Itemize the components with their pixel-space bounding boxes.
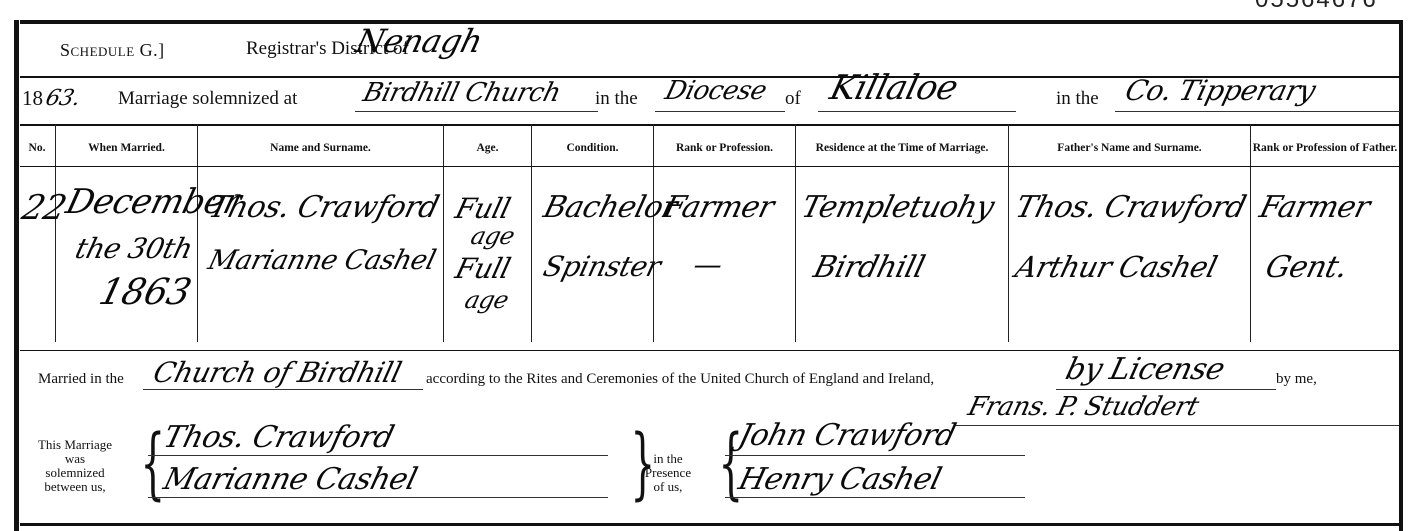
presence-line-1: in the — [630, 452, 706, 466]
diocese-underline — [655, 111, 785, 112]
frame-left-border — [14, 20, 19, 531]
solemnized-line-1: This Marriage — [20, 438, 130, 452]
bride-age-line-2: age — [462, 286, 511, 314]
groom-residence: Templetuohy — [798, 190, 997, 225]
party-groom-underline — [148, 455, 608, 456]
marriage-solemnized-label: Marriage solemnized at — [118, 88, 297, 110]
header-bottom-line — [20, 166, 1402, 167]
col-header-rank: Rank or Profession. — [654, 130, 795, 166]
witness-2-underline — [725, 497, 1025, 498]
presence-line-3: of us, — [630, 480, 706, 494]
bride-rank: — — [690, 248, 726, 281]
officiant-value: Frans. P. Studdert — [965, 392, 1201, 422]
county-value: Co. Tipperary — [1122, 74, 1319, 107]
solemnized-at-value: Birdhill Church — [360, 78, 564, 108]
party-bride-underline — [148, 497, 608, 498]
col-header-residence: Residence at the Time of Marriage. — [796, 130, 1008, 166]
diocese-value: Diocese — [662, 76, 769, 106]
reference-number: 05564676 — [1255, 0, 1378, 14]
witness-1-signature: John Crawford — [735, 418, 959, 453]
col-header-age: Age. — [444, 130, 531, 166]
diocese-name-underline — [818, 111, 1016, 112]
bride-condition: Spinster — [540, 250, 664, 283]
col-header-father-name: Father's Name and Surname. — [1009, 130, 1250, 166]
groom-father-rank: Farmer — [1256, 190, 1373, 225]
bride-residence: Birdhill — [810, 250, 928, 285]
county-underline — [1115, 111, 1400, 112]
church-underline — [143, 389, 423, 390]
witness-2-signature: Henry Cashel — [735, 462, 945, 497]
presence-label: in the Presence of us, — [630, 452, 706, 494]
groom-father-name: Thos. Crawford — [1012, 190, 1249, 225]
frame-top-border — [20, 20, 1402, 24]
entry-bottom-line — [20, 350, 1402, 351]
groom-condition: Bachelor — [540, 190, 681, 225]
license-value: by License — [1062, 352, 1228, 387]
registrars-district-value: Nenagh — [352, 22, 486, 60]
bride-father-rank: Gent. — [1262, 250, 1351, 285]
license-underline — [1056, 389, 1276, 390]
entry-number: 22 — [18, 188, 70, 228]
solemnized-at-underline — [355, 111, 598, 112]
presence-line-2: Presence — [630, 466, 706, 480]
in-the-label-1: in the — [595, 88, 638, 110]
witness-1-underline — [725, 455, 1025, 456]
officiant-underline — [955, 425, 1399, 426]
col-header-name: Name and Surname. — [198, 130, 443, 166]
bride-name: Marianne Cashel — [205, 245, 439, 276]
header-top-line — [20, 124, 1402, 126]
frame-right-border — [1399, 20, 1403, 531]
year-prefix: 18 — [22, 86, 43, 110]
when-married-line-2: the 30th — [72, 232, 196, 265]
solemnized-line-2: was — [20, 452, 130, 466]
frame-bottom-line — [20, 523, 1402, 526]
of-label: of — [785, 88, 801, 110]
when-married-line-3: 1863 — [95, 272, 195, 313]
rites-text: according to the Rites and Ceremonies of… — [426, 371, 934, 388]
solemnized-between-label: This Marriage was solemnized between us, — [20, 438, 130, 494]
in-the-label-2: in the — [1056, 88, 1099, 110]
schedule-label: Schedule G.] — [60, 40, 165, 61]
groom-age-line-1: Full — [452, 192, 514, 225]
col-header-when-married: When Married. — [56, 130, 197, 166]
col-header-no: No. — [19, 130, 55, 166]
year-label: 1863. — [22, 86, 77, 111]
col-header-father-rank: Rank or Profession of Father. — [1251, 130, 1399, 166]
solemnized-line-3: solemnized — [20, 466, 130, 480]
diocese-name-value: Killaloe — [826, 68, 962, 108]
year-suffix: 63. — [43, 86, 83, 111]
bride-father-name: Arthur Cashel — [1012, 250, 1220, 284]
party-groom-signature: Thos. Crawford — [160, 420, 397, 455]
bride-age-line-1: Full — [452, 252, 514, 285]
groom-age-line-2: age — [468, 222, 517, 250]
solemnized-line-4: between us, — [20, 480, 130, 494]
by-me-label: by me, — [1276, 371, 1317, 388]
groom-name: Thos. Crawford — [205, 190, 442, 225]
col-header-condition: Condition. — [532, 130, 653, 166]
married-in-the-label: Married in the — [38, 371, 124, 388]
party-bride-signature: Marianne Cashel — [160, 462, 420, 497]
groom-rank: Farmer — [660, 190, 777, 225]
church-value: Church of Birdhill — [150, 356, 405, 389]
